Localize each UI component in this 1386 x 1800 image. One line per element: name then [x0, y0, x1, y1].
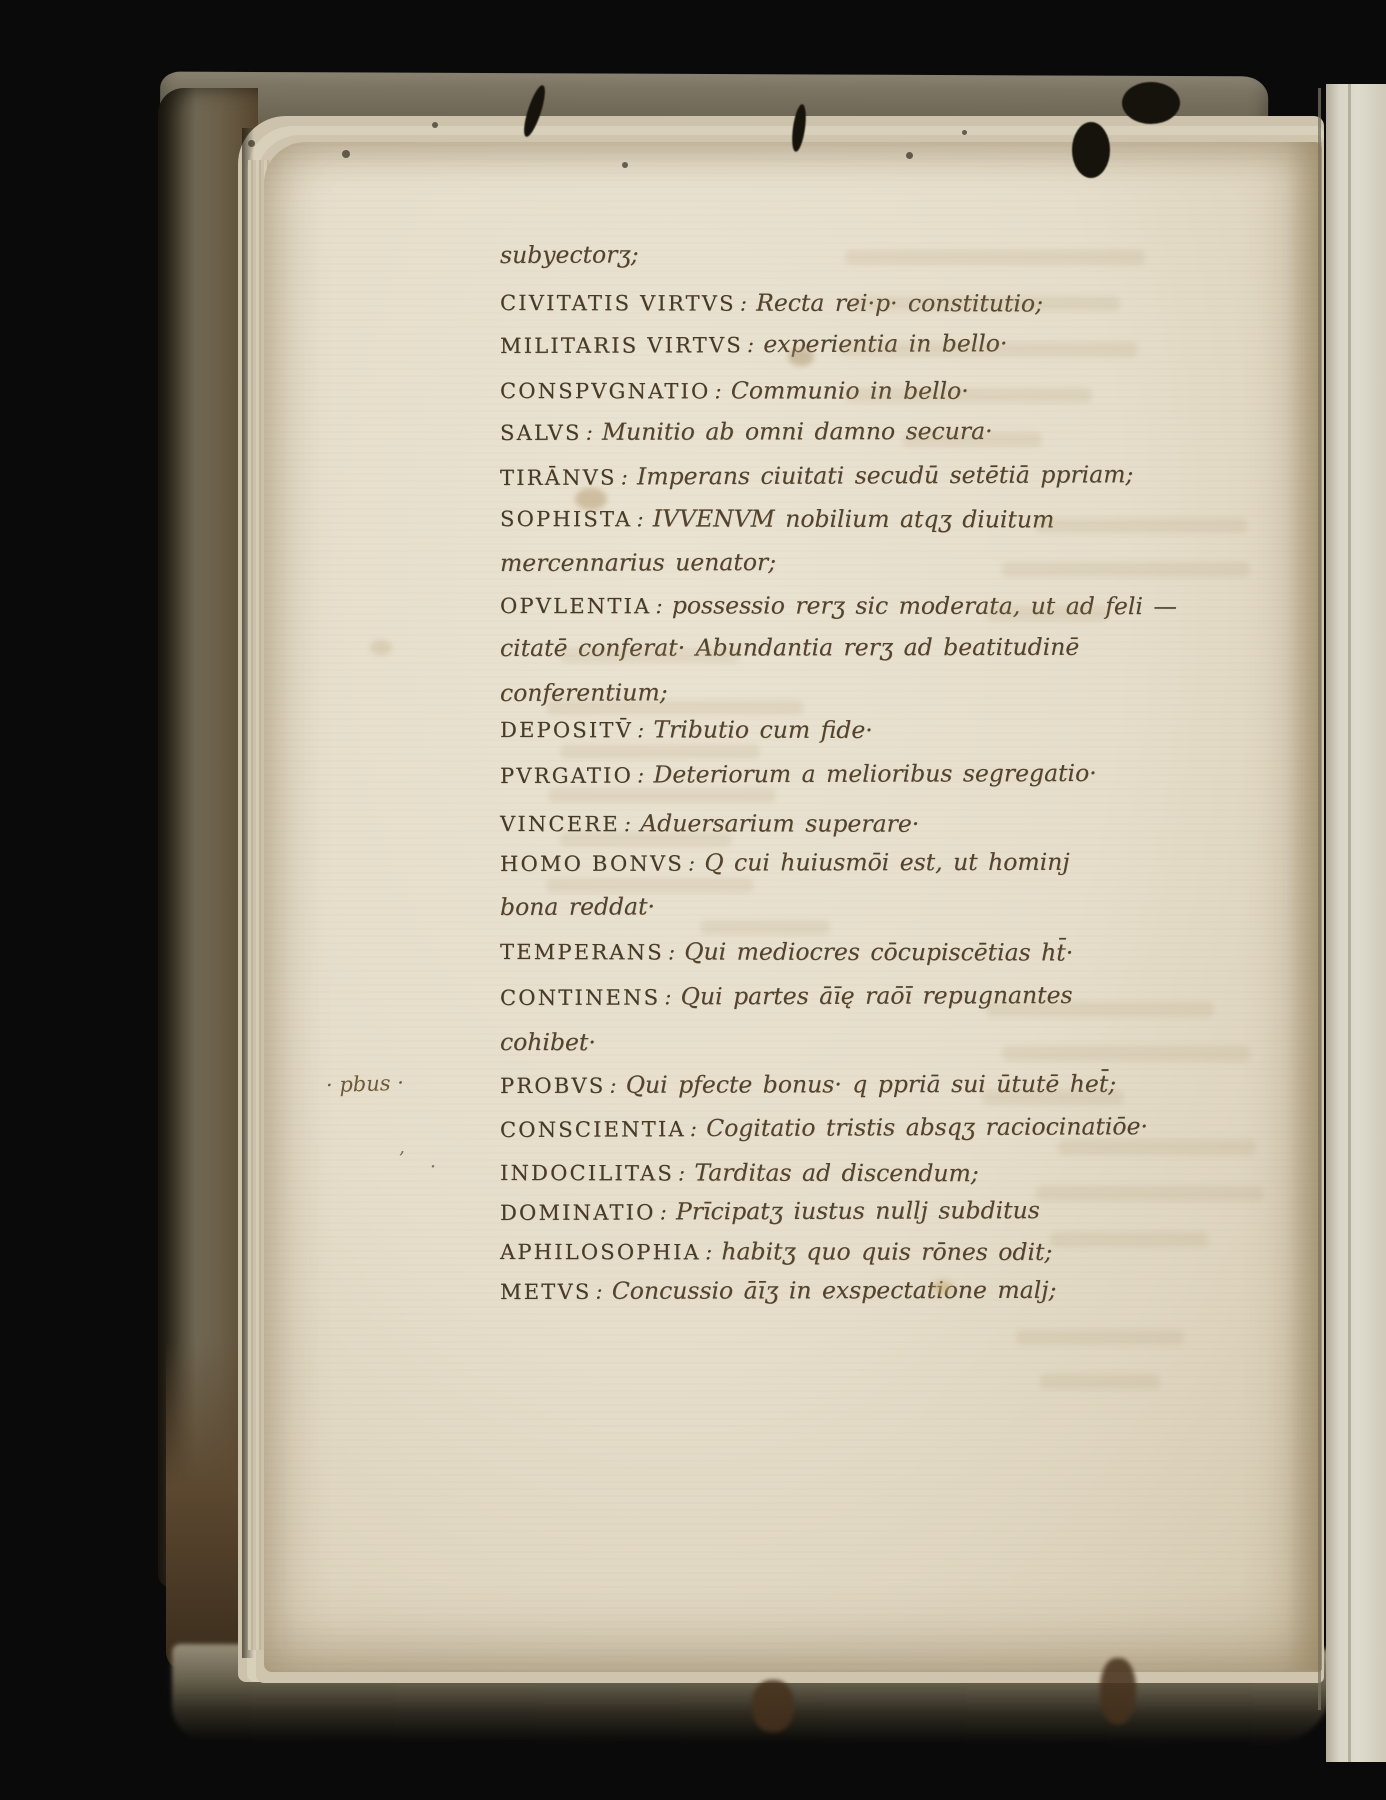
- term-text: SOPHISTA: [500, 507, 632, 531]
- wormhole: [1072, 122, 1110, 178]
- term-colon: :: [740, 292, 747, 317]
- show-through-ghost-line: [986, 1002, 1214, 1017]
- term-colon: :: [655, 594, 662, 619]
- term-colon: :: [668, 940, 675, 965]
- manuscript-line: cohibet·: [500, 1027, 596, 1060]
- term-text: METVS: [500, 1280, 591, 1304]
- show-through-ghost-line: [852, 296, 1120, 311]
- show-through-ghost-line: [548, 788, 776, 803]
- term-text: TIRĀNVS: [500, 465, 617, 490]
- term-text: PVRGATIO: [500, 764, 633, 788]
- term-colon: :: [714, 379, 721, 404]
- show-through-ghost-line: [546, 700, 804, 715]
- definition-text: IVVENVM nobilium atqʒ diuitum: [653, 504, 1055, 533]
- term-text: HOMO BONVS: [500, 852, 684, 876]
- board-speckle: [906, 152, 913, 159]
- term-colon: :: [595, 1280, 602, 1305]
- board-speckle: [342, 150, 350, 158]
- margin-dot-mark: ·: [430, 1156, 436, 1178]
- show-through-ghost-line: [1040, 1374, 1160, 1389]
- show-through-ghost-line: [982, 1090, 1124, 1105]
- show-through-ghost-line: [1002, 1046, 1250, 1061]
- show-through-ghost-line: [844, 388, 1092, 403]
- wormhole: [1122, 82, 1180, 124]
- term-text: MILITARIS VIRTVS: [500, 333, 743, 358]
- paper-stain: [788, 348, 814, 366]
- board-speckle: [432, 122, 438, 128]
- term-text: OPVLENTIA: [500, 594, 651, 618]
- board-speckle: [962, 130, 967, 135]
- term-text: SALVS: [500, 421, 582, 445]
- manuscript-line: DEPOSITV̄:Tributio cum fide·: [500, 714, 873, 748]
- term-colon: :: [621, 465, 629, 490]
- definition-text: habitʒ quo quis rōnes odit;: [721, 1237, 1052, 1266]
- definition-text: subyectorʒ;: [500, 240, 639, 269]
- show-through-ghost-line: [986, 606, 1108, 621]
- show-through-ghost-line: [700, 920, 830, 935]
- term-colon: :: [636, 507, 643, 532]
- show-through-ghost-line: [1058, 1140, 1256, 1155]
- show-through-ghost-line: [1036, 1186, 1264, 1201]
- term-colon: :: [678, 1161, 685, 1186]
- manuscript-line: INDOCILITAS:Tarditas ad discendum;: [500, 1157, 979, 1191]
- show-through-ghost-line: [1002, 562, 1250, 577]
- term-text: PROBVS: [500, 1074, 605, 1098]
- term-text: DEPOSITV̄: [500, 718, 633, 742]
- board-speckle: [622, 162, 628, 168]
- term-colon: :: [705, 1240, 712, 1265]
- definition-text: Prīcipatʒ iustus nullj subditus: [676, 1196, 1040, 1225]
- show-through-ghost-line: [845, 250, 1145, 265]
- definition-text: Cogitatio tristis absqʒ raciocinatiōe·: [706, 1112, 1148, 1142]
- definition-text: Imperans ciuitati secudū setētiā ppriam;: [637, 460, 1133, 490]
- term-text: INDOCILITAS: [500, 1161, 674, 1185]
- term-colon: :: [637, 718, 644, 743]
- manuscript-line: DOMINATIO:Prīcipatʒ iustus nullj subditu…: [500, 1195, 1040, 1230]
- margin-tick-mark: ʼ: [398, 1148, 404, 1170]
- manuscript-line: bona reddat·: [500, 891, 655, 925]
- term-text: DOMINATIO: [500, 1200, 656, 1225]
- manuscript-photo: subyectorʒ;CIVITATIS VIRTVS:Recta rei·p·…: [0, 0, 1386, 1800]
- term-colon: :: [747, 333, 755, 358]
- show-through-ghost-line: [1016, 1330, 1184, 1345]
- manuscript-line: mercennarius uenator;: [500, 547, 776, 581]
- term-text: CONSCIENTIA: [500, 1117, 686, 1142]
- definition-text: Qui mediocres cōcupiscētias ht̄·: [684, 937, 1073, 966]
- definition-text: Tributio cum fide·: [653, 715, 872, 744]
- margin-note-probus: · pbus ·: [326, 1071, 405, 1098]
- show-through-ghost-line: [560, 648, 740, 663]
- term-colon: :: [637, 763, 645, 788]
- show-through-ghost-line: [546, 878, 754, 893]
- show-through-ghost-line: [1050, 1232, 1208, 1247]
- show-through-ghost-line: [560, 832, 732, 847]
- term-text: CONTINENS: [500, 985, 660, 1010]
- manuscript-line: METVS:Concussio āīʒ in exspectatione mal…: [500, 1275, 1057, 1309]
- bottom-edge-damage: [1100, 1658, 1136, 1724]
- definition-text: bona reddat·: [500, 892, 655, 921]
- term-text: TEMPERANS: [500, 940, 664, 964]
- show-through-ghost-line: [902, 432, 1042, 447]
- definition-text: mercennarius uenator;: [500, 548, 776, 577]
- term-colon: :: [609, 1074, 616, 1099]
- definition-text: Tarditas ad discendum;: [694, 1159, 978, 1188]
- text-block: subyectorʒ;CIVITATIS VIRTVS:Recta rei·p·…: [0, 0, 1386, 1800]
- bottom-edge-damage: [752, 1680, 794, 1732]
- term-colon: :: [586, 421, 593, 446]
- manuscript-line: subyectorʒ;: [500, 239, 639, 273]
- manuscript-line: APHILOSOPHIA:habitʒ quo quis rōnes odit;: [500, 1236, 1052, 1270]
- manuscript-line: HOMO BONVS:Q cui huiusmōi est, ut hominj: [500, 847, 1070, 881]
- term-colon: :: [690, 1117, 698, 1142]
- term-text: CONSPVGNATIO: [500, 379, 710, 403]
- term-colon: :: [660, 1200, 668, 1225]
- show-through-ghost-line: [560, 744, 760, 759]
- term-colon: :: [688, 852, 695, 877]
- definition-text: Q cui huiusmōi est, ut hominj: [704, 848, 1069, 877]
- term-colon: :: [664, 985, 672, 1010]
- board-speckle: [248, 140, 255, 147]
- term-text: CIVITATIS VIRTVS: [500, 291, 736, 316]
- manuscript-line: CONSCIENTIA:Cogitatio tristis absqʒ raci…: [500, 1111, 1148, 1147]
- show-through-ghost-line: [840, 342, 1138, 357]
- manuscript-line: TEMPERANS:Qui mediocres cōcupiscētias ht…: [500, 936, 1073, 971]
- show-through-ghost-line: [1035, 518, 1247, 533]
- definition-text: cohibet·: [500, 1028, 596, 1056]
- definition-text: Deteriorum a melioribus segregatio·: [653, 759, 1096, 789]
- paper-stain: [933, 1280, 953, 1294]
- term-text: APHILOSOPHIA: [500, 1240, 701, 1264]
- definition-text: Concussio āīʒ in exspectatione malj;: [612, 1276, 1057, 1305]
